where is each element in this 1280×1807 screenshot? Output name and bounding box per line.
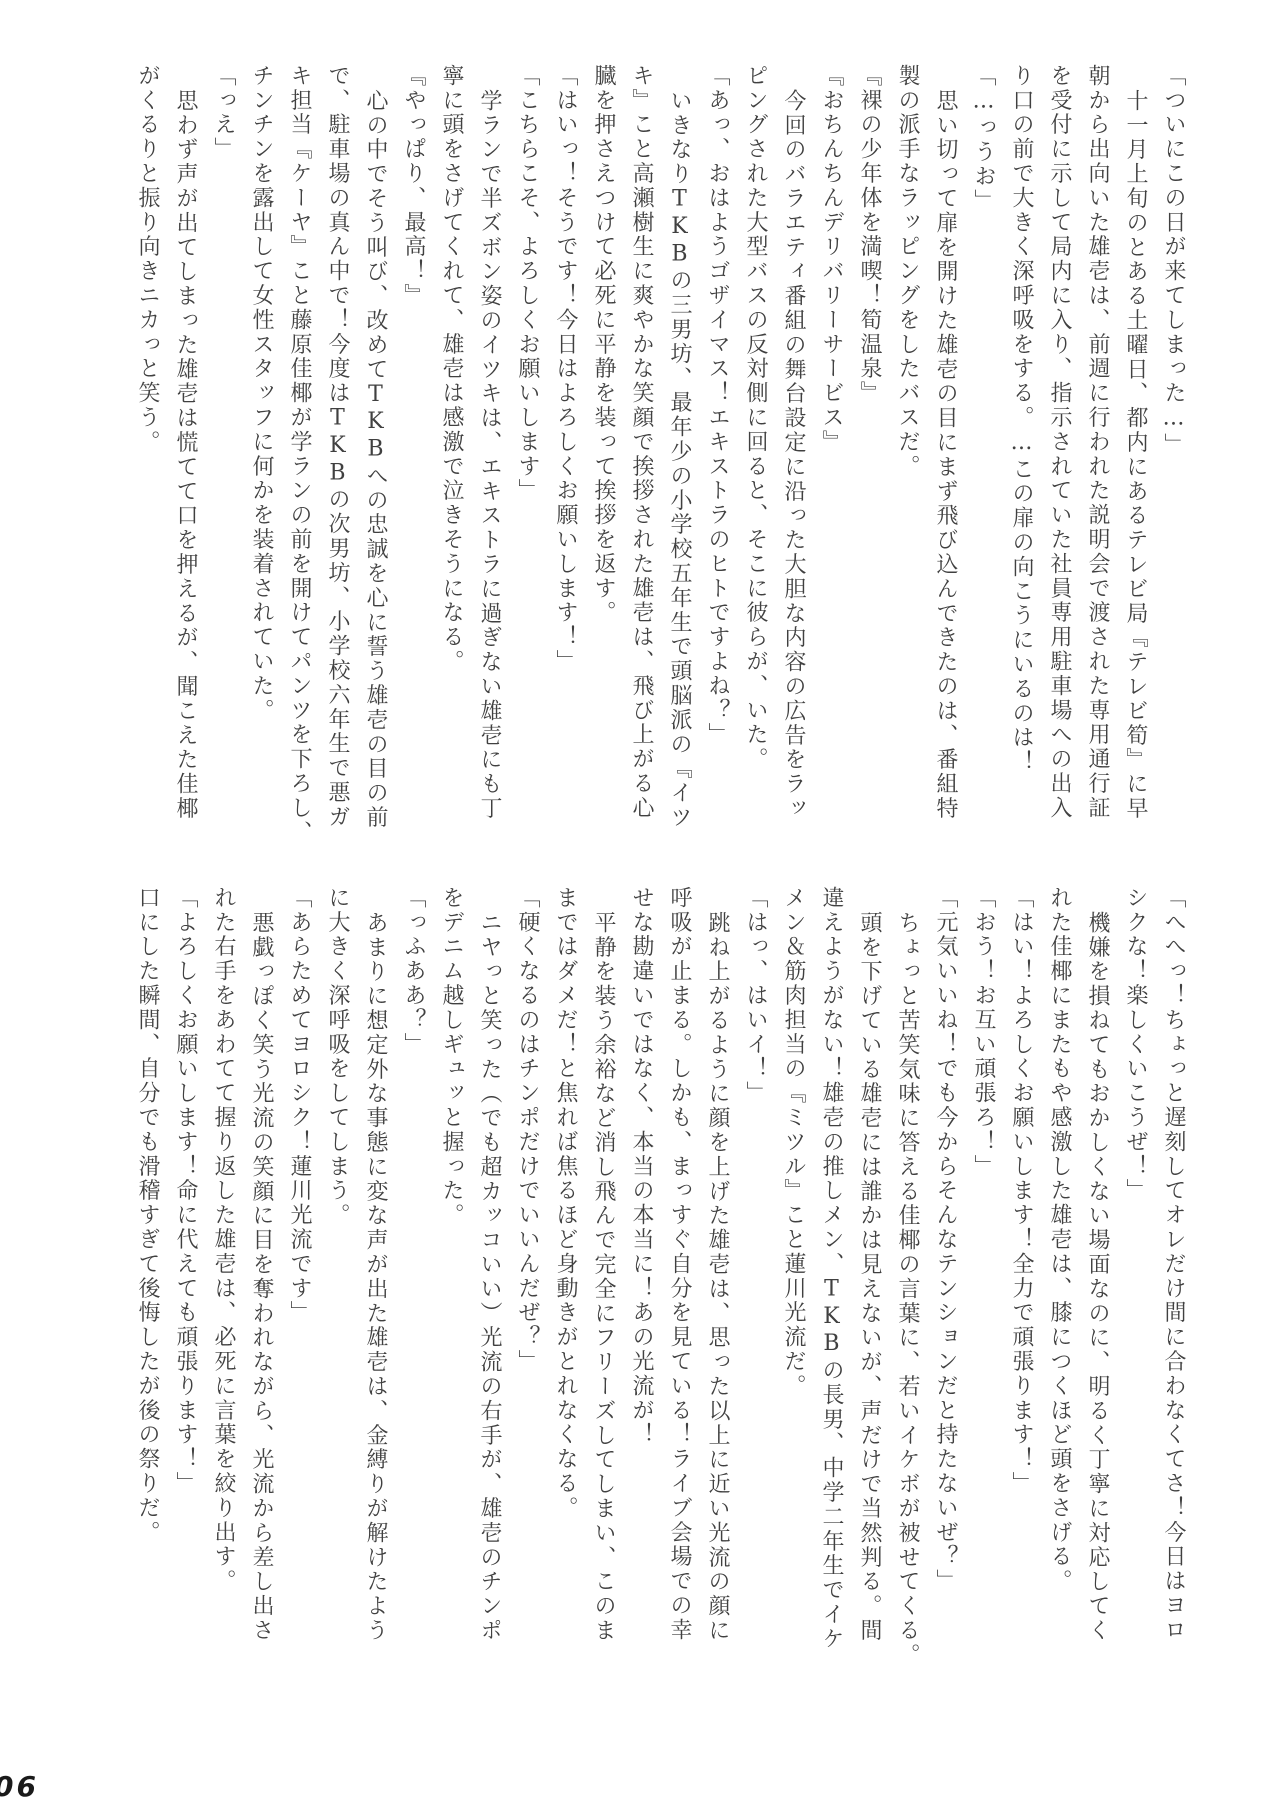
text-line: ニヤっと笑った（でも超カッコいい）光流の右手が、雄壱のチンポ xyxy=(470,886,508,1658)
text-line: 思わず声が出てしまった雄壱は慌てて口を押えるが、聞こえた佳椰 xyxy=(166,64,204,836)
text-line: 「ついにこの日が来てしまった…」 xyxy=(1154,64,1192,836)
text-line: 『裸の少年体を満喫！筍温泉』 xyxy=(850,64,888,836)
text-line: 「はいっ！そうです！今日はよろしくお願いします！」 xyxy=(546,64,584,836)
text-line: せな勘違いではなく、本当の本当に！あの光流が！ xyxy=(622,886,660,1658)
text-line: 跳ね上がるように顔を上げた雄壱は、思った以上に近い光流の顔に xyxy=(698,886,736,1658)
text-line: 十一月上旬のとある土曜日、都内にあるテレビ局『テレビ筍』に早 xyxy=(1116,64,1154,836)
text-line: 「はっ、はいイ！」 xyxy=(736,886,774,1658)
text-line: 朝から出向いた雄壱は、前週に行われた説明会で渡された専用通行証 xyxy=(1078,64,1116,836)
text-line: まではダメだ！と焦れば焦るほど身動きがとれなくなる。 xyxy=(546,886,584,1658)
text-line: いきなりTKBの三男坊、最年少の小学校五年生で頭脳派の『イツ xyxy=(660,64,698,836)
text-line: 学ランで半ズボン姿のイツキは、エキストラに過ぎない雄壱にも丁 xyxy=(470,64,508,836)
text-line: がくるりと振り向きニカっと笑う。 xyxy=(128,64,166,836)
text-line: 寧に頭をさげてくれて、雄壱は感激で泣きそうになる。 xyxy=(432,64,470,836)
text-line: 「おう！お互い頑張ろ！」 xyxy=(964,886,1002,1658)
text-line: 「あらためてヨロシク！蓮川光流です」 xyxy=(280,886,318,1658)
text-line: ちょっと苦笑気味に答える佳椰の言葉に、若いイケボが被せてくる。 xyxy=(888,886,926,1658)
text-line: ピングされた大型バスの反対側に回ると、そこに彼らが、いた。 xyxy=(736,64,774,836)
text-line: 臓を押さえつけて必死に平静を装って挨拶を返す。 xyxy=(584,64,622,836)
text-line: を受付に示して局内に入り、指示されていた社員専用駐車場への出入 xyxy=(1040,64,1078,836)
doujin-novel-page: 「ついにこの日が来てしまった…」十一月上旬のとある土曜日、都内にあるテレビ局『テ… xyxy=(0,0,1280,1807)
text-line: あまりに想定外な事態に変な声が出た雄壱は、金縛りが解けたよう xyxy=(356,886,394,1658)
text-line: メン＆筋肉担当の『ミツル』こと蓮川光流だ。 xyxy=(774,886,812,1658)
text-line: 今回のバラエティ番組の舞台設定に沿った大胆な内容の広告をラッ xyxy=(774,64,812,836)
text-line: 「っえ」 xyxy=(204,64,242,836)
story-text-block-top: 「ついにこの日が来てしまった…」十一月上旬のとある土曜日、都内にあるテレビ局『テ… xyxy=(128,64,1192,836)
text-line: に大きく深呼吸をしてしまう。 xyxy=(318,886,356,1658)
text-line: 思い切って扉を開けた雄壱の目にまず飛び込んできたのは、番組特 xyxy=(926,64,964,836)
text-line: 「はい！よろしくお願いします！全力で頑張ります！」 xyxy=(1002,886,1040,1658)
text-line: 頭を下げている雄壱には誰かは見えないが、声だけで当然判る。間 xyxy=(850,886,888,1658)
text-line: 違えようがない！雄壱の推しメン、TKBの長男、中学二年生でイケ xyxy=(812,886,850,1658)
page-number: 06 xyxy=(0,1770,39,1803)
text-line: 「元気いいね！でも今からそんなテンションだと持たないぜ？」 xyxy=(926,886,964,1658)
text-line: をデニム越しギュッと握った。 xyxy=(432,886,470,1658)
text-line: 『やっぱり、最高！』 xyxy=(394,64,432,836)
text-line: で、駐車場の真ん中で！今度はTKBの次男坊、小学校六年生で悪ガ xyxy=(318,64,356,836)
text-line: 『おちんちんデリバリーサービス』 xyxy=(812,64,850,836)
text-line: 「よろしくお願いします！命に代えても頑張ります！」 xyxy=(166,886,204,1658)
story-text-block-bottom: 「へへっ！ちょっと遅刻してオレだけ間に合わなくてさ！今日はヨロシクな！楽しくいこ… xyxy=(128,886,1192,1658)
text-line: 「っふああ？」 xyxy=(394,886,432,1658)
text-line: キ』こと高瀬樹生に爽やかな笑顔で挨拶された雄壱は、飛び上がる心 xyxy=(622,64,660,836)
text-line: 「あっ、おはようゴザイマス！エキストラのヒトですよね？」 xyxy=(698,64,736,836)
text-line: 「へへっ！ちょっと遅刻してオレだけ間に合わなくてさ！今日はヨロ xyxy=(1154,886,1192,1658)
text-line: シクな！楽しくいこうぜ！」 xyxy=(1116,886,1154,1658)
text-line: 悪戯っぽく笑う光流の笑顔に目を奪われながら、光流から差し出さ xyxy=(242,886,280,1658)
text-line: 心の中でそう叫び、改めてTKBへの忠誠を心に誓う雄壱の目の前 xyxy=(356,64,394,836)
text-line: 製の派手なラッピングをしたバスだ。 xyxy=(888,64,926,836)
text-line: 呼吸が止まる。しかも、まっすぐ自分を見ている！ライブ会場での幸 xyxy=(660,886,698,1658)
text-line: チンチンを露出して女性スタッフに何かを装着されていた。 xyxy=(242,64,280,836)
text-line: 口にした瞬間、自分でも滑稽すぎて後悔したが後の祭りだ。 xyxy=(128,886,166,1658)
text-line: れた右手をあわてて握り返した雄壱は、必死に言葉を絞り出す。 xyxy=(204,886,242,1658)
text-line: 機嫌を損ねてもおかしくない場面なのに、明るく丁寧に対応してく xyxy=(1078,886,1116,1658)
text-line: 「硬くなるのはチンポだけでいいんだぜ？」 xyxy=(508,886,546,1658)
text-line: キ担当『ケーヤ』こと藤原佳椰が学ランの前を開けてパンツを下ろし、 xyxy=(280,64,318,836)
text-line: 平静を装う余裕など消し飛んで完全にフリーズしてしまい、このま xyxy=(584,886,622,1658)
text-line: れた佳椰にまたもや感激した雄壱は、膝につくほど頭をさげる。 xyxy=(1040,886,1078,1658)
text-line: り口の前で大きく深呼吸をする。…この扉の向こうにいるのは！ xyxy=(1002,64,1040,836)
text-line: 「こちらこそ、よろしくお願いします」 xyxy=(508,64,546,836)
text-line: 「…っうお」 xyxy=(964,64,1002,836)
